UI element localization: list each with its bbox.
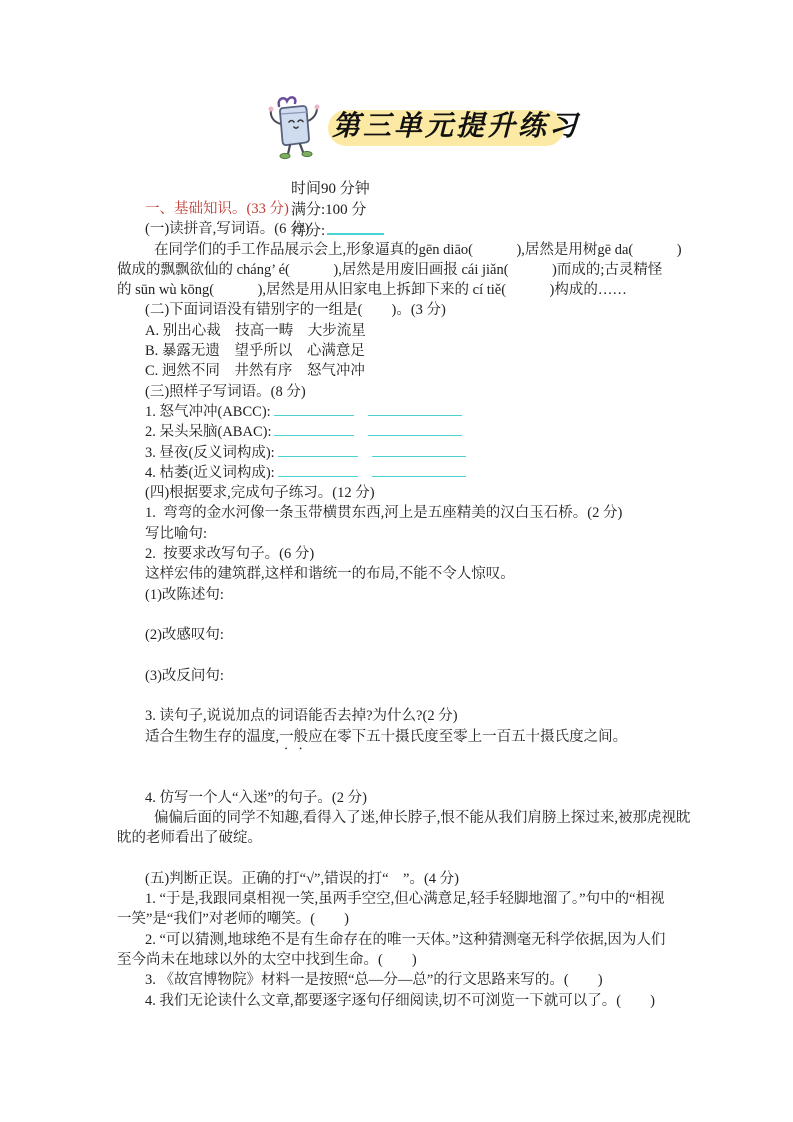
q3-emphasized-word: 一般 (279, 729, 308, 745)
exam-body: 一、基础知识。(33 分) (一)读拼音,写词语。(6 分) 在同学们的手工作品… (117, 199, 679, 1011)
part5-judge2-line2: 至今尚未在地球以外的太空中找到生命。( ) (117, 950, 679, 970)
answer-blank (372, 464, 466, 477)
part3-item4: 4. 枯萎(近义词构成): (117, 463, 679, 483)
part4-q2-sub2: (2)改感叹句: (117, 625, 679, 645)
part3-item1-label: 1. 怒气冲冲(ABCC): (145, 404, 271, 420)
answer-blank (368, 403, 462, 416)
worksheet-page: 第三单元提升练习 时间90 分钟 满分:100 分 得分: 一、基础知识。(33… (0, 0, 793, 1122)
part3-heading: (三)照样子写词语。(8 分) (117, 382, 679, 402)
part5-judge3: 3. 《故宫博物院》材料一是按照“总—分—总”的行文思路来写的。( ) (117, 970, 679, 990)
part3-item2-label: 2. 呆头呆脑(ABAC): (145, 424, 271, 440)
part3-item4-label: 4. 枯萎(近义词构成): (145, 465, 275, 481)
mascot-bag-character-icon (257, 94, 329, 168)
part2-option-b: B. 暴露无遗 望乎所以 心满意足 (117, 341, 679, 361)
answer-blank (274, 423, 354, 436)
part1-pinyin-line3: 的 sūn wù kōng( ),居然是用从旧家电上拆卸下来的 cí tiě( … (117, 280, 679, 300)
spacer (117, 747, 679, 767)
part1-pinyin-line2: 做成的飘飘欲仙的 cháng’ é( ),居然是用废旧画报 cái jiǎn( … (117, 260, 679, 280)
answer-blank (278, 464, 358, 477)
part4-q2-sentence: 这样宏伟的建筑群,这样和谐统一的布局,不能不令人惊叹。 (117, 564, 679, 584)
part4-q4-line1: 偏偏后面的同学不知趣,看得入了迷,伸长脖子,恨不能从我们肩膀上探过来,被那虎视眈 (117, 808, 679, 828)
answer-blank (274, 403, 354, 416)
part4-q2-sub1: (1)改陈述句: (117, 585, 679, 605)
part1-heading: (一)读拼音,写词语。(6 分) (117, 219, 679, 239)
part4-q3: 3. 读句子,说说加点的词语能否去掉?为什么?(2 分) (117, 706, 679, 726)
answer-blank (372, 444, 466, 457)
part2-option-c: C. 迥然不同 井然有序 怒气冲冲 (117, 361, 679, 381)
part3-item2: 2. 呆头呆脑(ABAC): (117, 422, 679, 442)
part4-heading: (四)根据要求,完成句子练习。(12 分) (117, 483, 679, 503)
section-heading-basics: 一、基础知识。(33 分) (117, 199, 679, 219)
time-label: 时间90 分钟 (291, 181, 370, 197)
part2-option-a: A. 别出心裁 技高一畴 大步流星 (117, 321, 679, 341)
q3-text-post: 应在零下五十摄氏度至零上一百五十摄氏度之间。 (308, 729, 627, 745)
spacer (117, 849, 679, 869)
part5-judge1-line2: 一笑”是“我们”对老师的嘲笑。( ) (117, 909, 679, 929)
part3-item3: 3. 昼夜(反义词构成): (117, 443, 679, 463)
part5-heading: (五)判断正误。正确的打“√”,错误的打“ ”。(4 分) (117, 869, 679, 889)
part3-item1: 1. 怒气冲冲(ABCC): (117, 402, 679, 422)
spacer (117, 646, 679, 666)
page-title: 第三单元提升练习 (332, 104, 562, 144)
answer-blank (278, 444, 358, 457)
part4-q2-sub3: (3)改反问句: (117, 666, 679, 686)
part4-q1-prompt: 写比喻句: (117, 524, 679, 544)
q3-text-pre: 适合生物生存的温度, (145, 729, 279, 745)
spacer (117, 767, 679, 787)
part4-q4-line2: 眈的老师看出了破绽。 (117, 828, 679, 848)
part1-pinyin-line1: 在同学们的手工作品展示会上,形象逼真的gēn diāo( ),居然是用树gē d… (117, 240, 679, 260)
part4-q4: 4. 仿写一个人“入迷”的句子。(2 分) (117, 788, 679, 808)
part4-q2: 2. 按要求改写句子。(6 分) (117, 544, 679, 564)
part4-q1: 1. 弯弯的金水河像一条玉带横贯东西,河上是五座精美的汉白玉石桥。(2 分) (117, 503, 679, 523)
part2-heading: (二)下面词语没有错别字的一组是( )。(3 分) (117, 300, 679, 320)
part5-judge2-line1: 2. “可以猜测,地球绝不是有生命存在的唯一天体。”这种猜测毫无科学依据,因为人… (117, 930, 679, 950)
spacer (117, 605, 679, 625)
part5-judge1-line1: 1. “于是,我跟同桌相视一笑,虽两手空空,但心满意足,轻手轻脚地溜了。”句中的… (117, 889, 679, 909)
part5-judge4: 4. 我们无论读什么文章,都要逐字逐句仔细阅读,切不可浏览一下就可以了。( ) (117, 991, 679, 1011)
part4-q3-sentence: 适合生物生存的温度,一般应在零下五十摄氏度至零上一百五十摄氏度之间。 (117, 727, 679, 747)
answer-blank (368, 423, 462, 436)
part3-item3-label: 3. 昼夜(反义词构成): (145, 445, 275, 461)
spacer (117, 686, 679, 706)
